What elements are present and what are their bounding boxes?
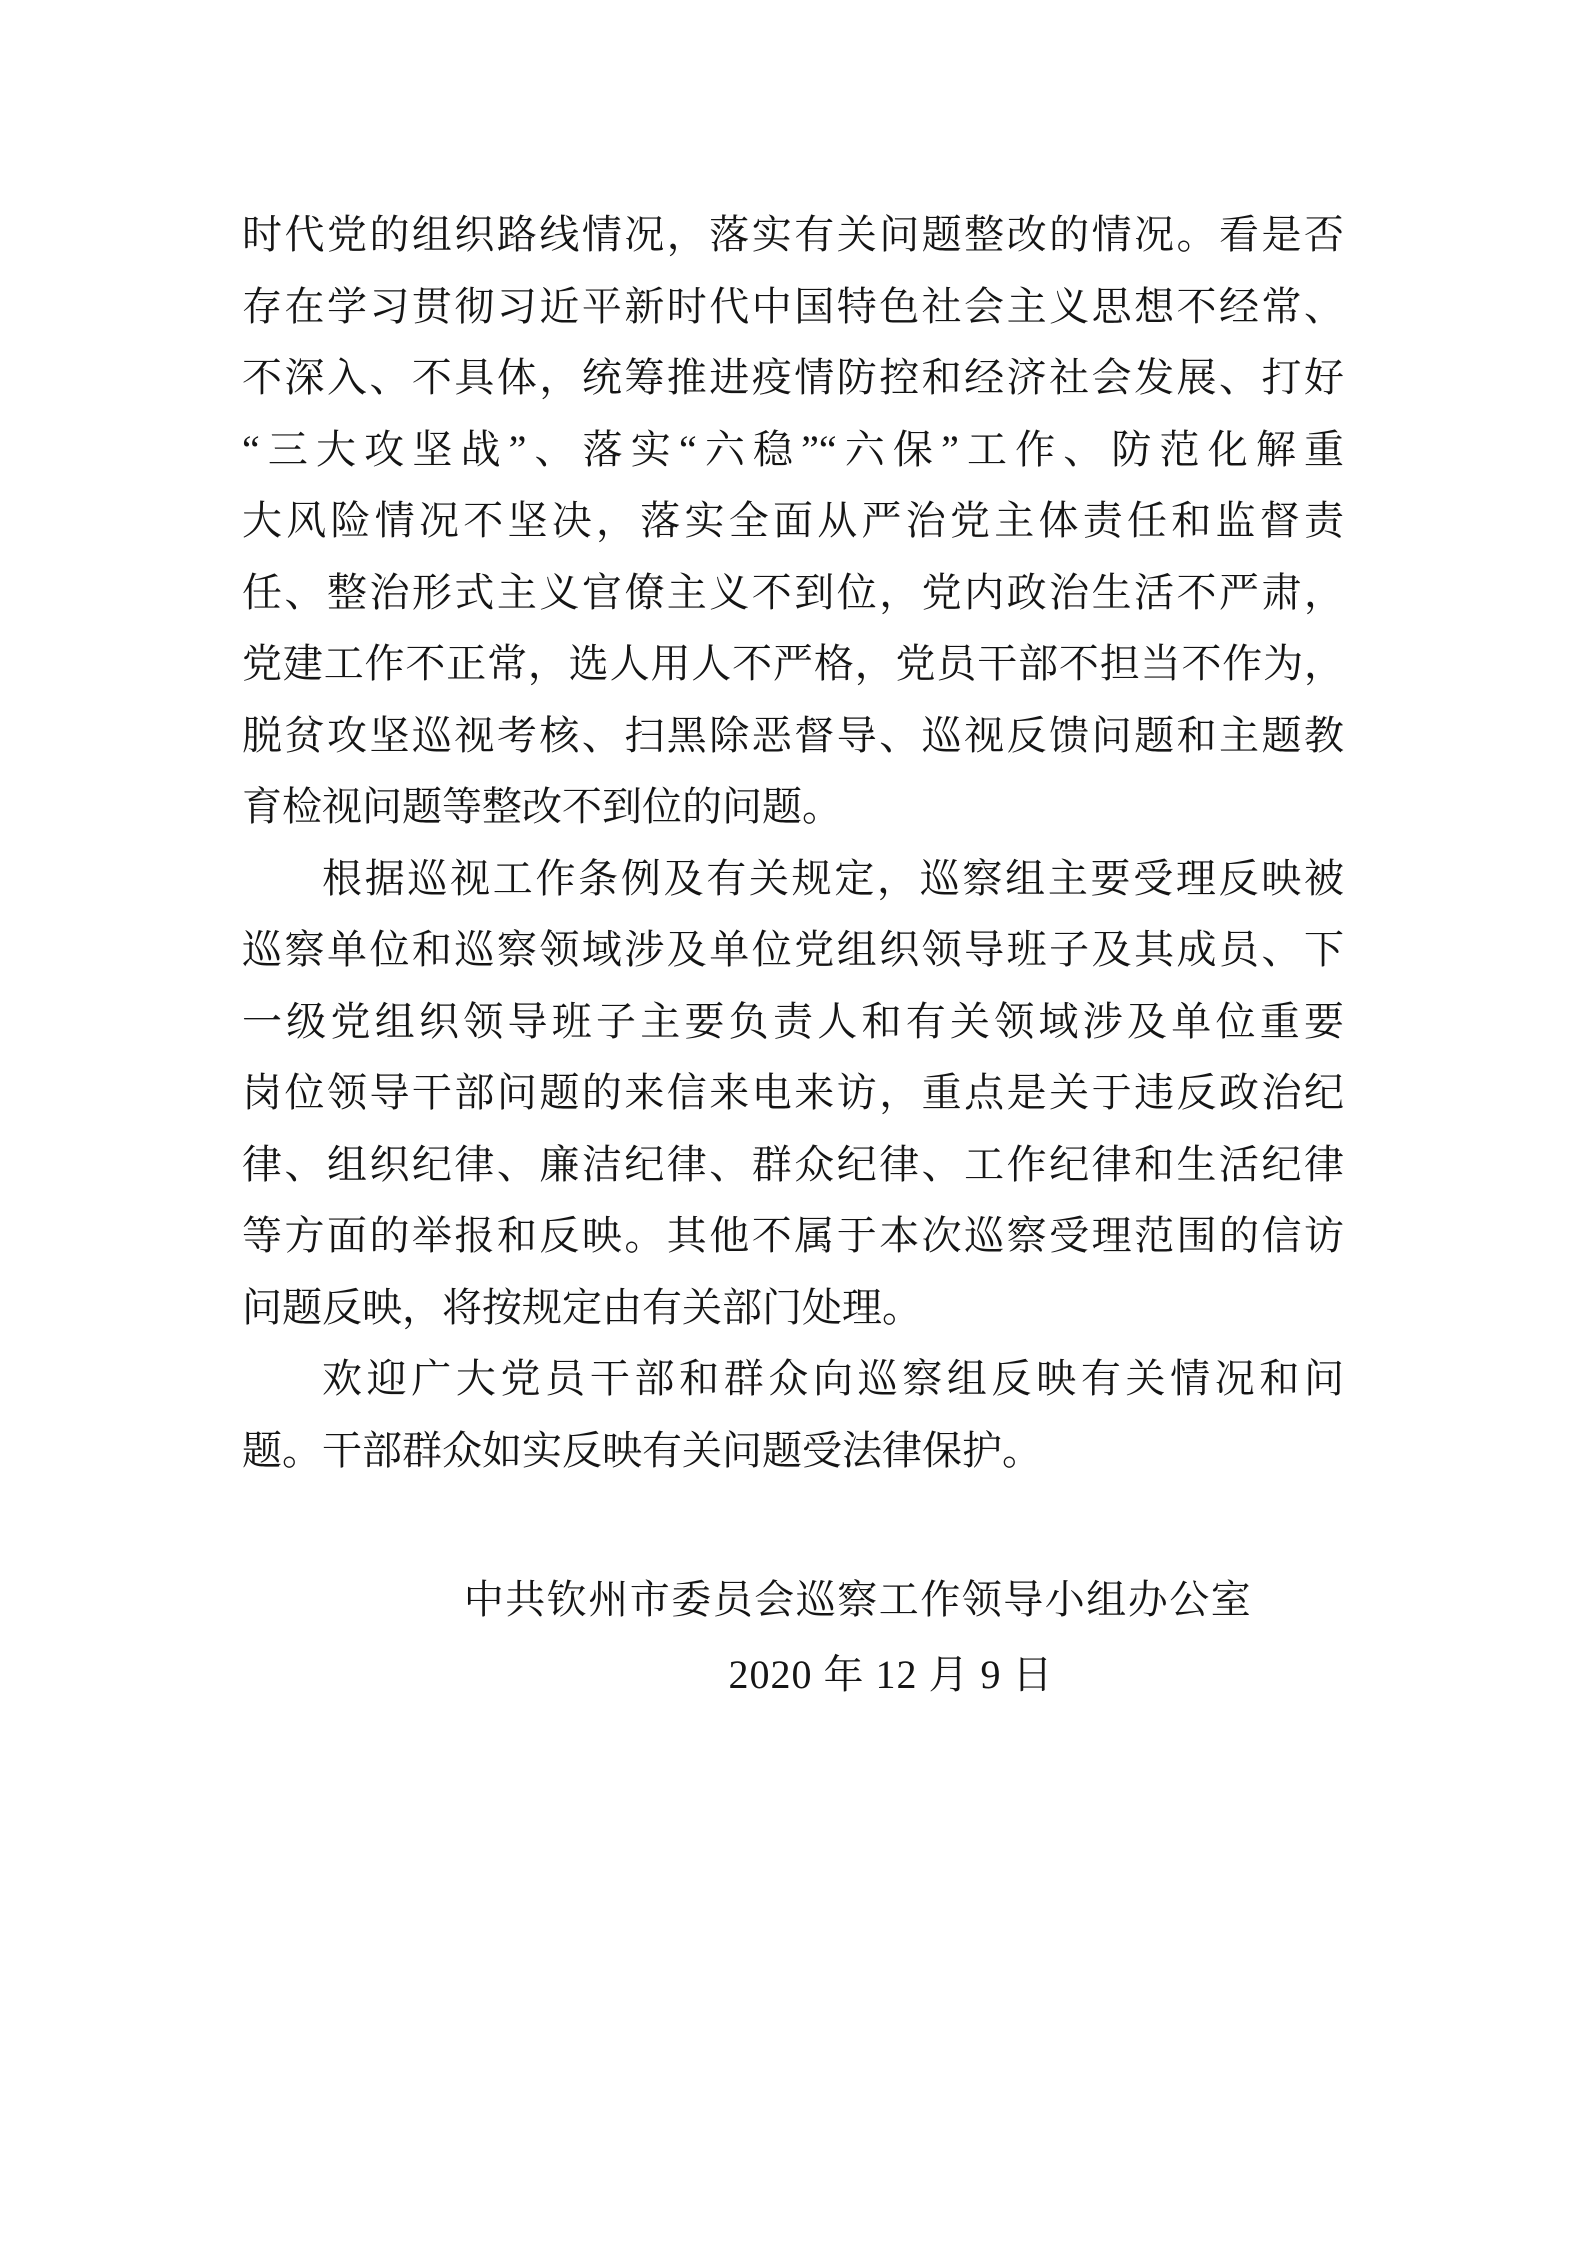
text-line: 大风险情况不坚决，落实全面从严治党主体责任和监督责 bbox=[242, 485, 1344, 557]
text-line: 时代党的组织路线情况，落实有关问题整改的情况。看是否 bbox=[242, 199, 1344, 271]
signature-org: 中共钦州市委员会巡察工作领导小组办公室 bbox=[372, 1562, 1344, 1637]
text-line paragraph-end: 问题反映，将按规定由有关部门处理。 bbox=[242, 1272, 1344, 1344]
text-line: 党建工作不正常，选人用人不严格，党员干部不担当不作为， bbox=[242, 628, 1344, 700]
text-line: 巡察单位和巡察领域涉及单位党组织领导班子及其成员、下 bbox=[242, 914, 1344, 986]
signature-block: 中共钦州市委员会巡察工作领导小组办公室 2020 年 12 月 9 日 bbox=[242, 1562, 1344, 1712]
text-line paragraph-end: 题。干部群众如实反映有关问题受法律保护。 bbox=[242, 1415, 1344, 1487]
text-line paragraph-start: 欢迎广大党员干部和群众向巡察组反映有关情况和问 bbox=[242, 1343, 1344, 1415]
text-line: 不深入、不具体，统筹推进疫情防控和经济社会发展、打好 bbox=[242, 342, 1344, 414]
document-page: 时代党的组织路线情况，落实有关问题整改的情况。看是否 存在学习贯彻习近平新时代中… bbox=[0, 0, 1587, 2245]
text-line: “三大攻坚战”、落实“六稳”“六保”工作、防范化解重 bbox=[242, 414, 1344, 486]
text-line paragraph-end: 育检视问题等整改不到位的问题。 bbox=[242, 771, 1344, 843]
text-line: 脱贫攻坚巡视考核、扫黑除恶督导、巡视反馈问题和主题教 bbox=[242, 700, 1344, 772]
text-line: 律、组织纪律、廉洁纪律、群众纪律、工作纪律和生活纪律 bbox=[242, 1129, 1344, 1201]
text-line: 等方面的举报和反映。其他不属于本次巡察受理范围的信访 bbox=[242, 1200, 1344, 1272]
text-line paragraph-start: 根据巡视工作条例及有关规定，巡察组主要受理反映被 bbox=[242, 843, 1344, 915]
text-line: 存在学习贯彻习近平新时代中国特色社会主义思想不经常、 bbox=[242, 271, 1344, 343]
text-line: 一级党组织领导班子主要负责人和有关领域涉及单位重要 bbox=[242, 986, 1344, 1058]
document-body: 时代党的组织路线情况，落实有关问题整改的情况。看是否 存在学习贯彻习近平新时代中… bbox=[0, 0, 1587, 1712]
signature-date: 2020 年 12 月 9 日 bbox=[438, 1637, 1344, 1712]
text-line: 岗位领导干部问题的来信来电来访，重点是关于违反政治纪 bbox=[242, 1057, 1344, 1129]
text-line: 任、整治形式主义官僚主义不到位，党内政治生活不严肃， bbox=[242, 557, 1344, 629]
